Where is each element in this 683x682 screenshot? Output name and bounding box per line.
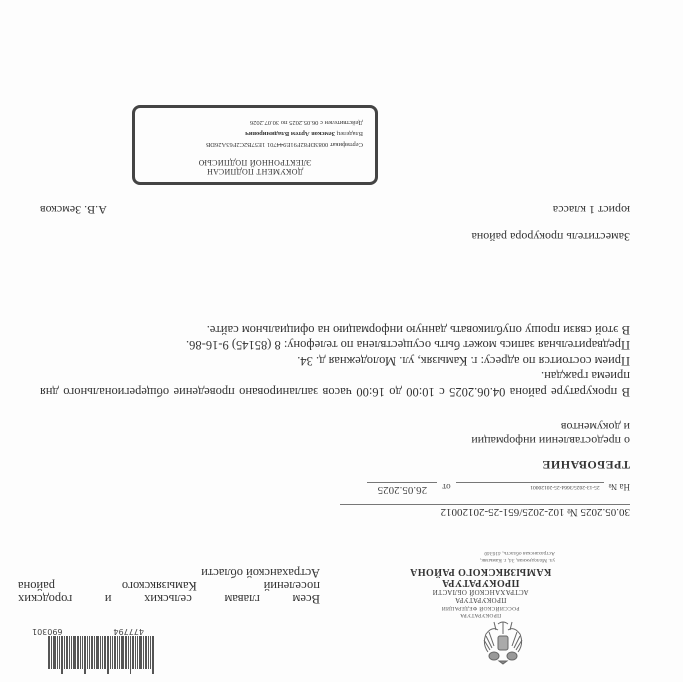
in-reply-reference: На № 25-13-2025/3664-25-20120001 от 26.0…	[340, 482, 630, 496]
document-title: ТРЕБОВАНИЕ	[542, 457, 630, 472]
org-line-2: РОССИЙСКОЙ ФЕДЕРАЦИИ	[398, 604, 563, 611]
in-reply-date: 26.05.2025	[367, 482, 437, 496]
recipient-line-1: Всемглавамсельскихигородских	[18, 592, 320, 605]
body-paragraph-1: В прокуратуре района 04.06.2025 с 10:00 …	[40, 368, 630, 399]
outgoing-registration: 30.05.2025 № 102-2025/651-25-20120012	[340, 504, 630, 518]
recipient-line-2: поселенийКамызякскогорайона	[18, 579, 320, 592]
body-paragraph-3: Предварительная запись может быть осущес…	[40, 337, 630, 353]
barcode-bars	[18, 636, 158, 672]
signer-position: Заместитель прокурора района	[40, 229, 630, 244]
body-paragraph-4: В этой связи прошу опубликовать данную и…	[40, 321, 630, 337]
electronic-signature-stamp: ДОКУМЕНТ ПОДПИСАН ЭЛЕКТРОННОЙ ПОДПИСЬЮ С…	[132, 105, 378, 185]
esig-validity: Действителен с 06.05.2025 по 30.07.2026	[135, 117, 363, 128]
recipient-block: Всемглавамсельскихигородских поселенийКа…	[18, 566, 320, 605]
esig-title-2: ЭЛЕКТРОННОЙ ПОДПИСЬЮ	[135, 158, 375, 167]
coat-of-arms-icon	[478, 618, 528, 670]
org-line-3: ПРОКУРАТУРА	[398, 596, 563, 604]
recipient-word: городских	[18, 592, 72, 605]
in-reply-label: На №	[609, 482, 630, 492]
subject-line-1: о предоставлении информации	[471, 434, 630, 448]
recipient-word: Камызякского	[122, 579, 197, 592]
scanned-document-page: ПРОКУРАТУРА РОССИЙСКОЙ ФЕДЕРАЦИИ ПРОКУРА…	[0, 0, 683, 682]
in-reply-number: 25-13-2025/3664-25-20120001	[456, 482, 604, 490]
esig-certificate: Сертификат 0083DF82F91E944701 1E57B2C2F6…	[135, 139, 363, 150]
barcode-number-right: 690301	[32, 627, 63, 636]
barcode: 477794 690301	[18, 614, 158, 674]
org-line-1: ПРОКУРАТУРА	[398, 611, 563, 618]
org-name-1: ПРОКУРАТУРА	[398, 577, 563, 588]
body-paragraph-2: Прием состоится по адресу: г. Камызяк, у…	[40, 352, 630, 368]
recipient-word: сельских	[144, 592, 192, 605]
from-label: от	[442, 482, 450, 492]
recipient-word: поселений	[264, 579, 320, 592]
recipient-word: района	[18, 579, 55, 592]
esig-title-1: ДОКУМЕНТ ПОДПИСАН	[135, 167, 375, 176]
recipient-word: главам	[224, 592, 259, 605]
recipient-word: Всем	[293, 592, 321, 605]
recipient-line-3: Астраханской области	[18, 566, 320, 579]
org-address-2: Астраханская область, 416340	[398, 549, 555, 556]
signer-rank: юрист 1 класса	[553, 202, 630, 217]
document-body: В прокуратуре района 04.06.2025 с 10:00 …	[40, 321, 630, 399]
org-line-4: АСТРАХАНСКОЙ ОБЛАСТИ	[398, 588, 563, 596]
recipient-word: и	[105, 592, 112, 605]
barcode-number-left: 477794	[113, 627, 144, 636]
signer-name: А.В. Земсков	[40, 202, 107, 217]
document-subject: о предоставлении информации и документов	[471, 420, 630, 448]
subject-line-2: и документов	[471, 420, 630, 434]
org-address-1: ул. Молодежная, 34, г. Камызяк,	[398, 556, 555, 563]
esig-owner: Владелец Земсков Артем Владимирович	[135, 128, 363, 139]
organization-header: ПРОКУРАТУРА РОССИЙСКОЙ ФЕДЕРАЦИИ ПРОКУРА…	[398, 549, 563, 618]
org-name-2: КАМЫЗЯКСКОГО РАЙОНА	[398, 566, 563, 577]
signature-block: Заместитель прокурора района юрист 1 кла…	[40, 202, 630, 244]
